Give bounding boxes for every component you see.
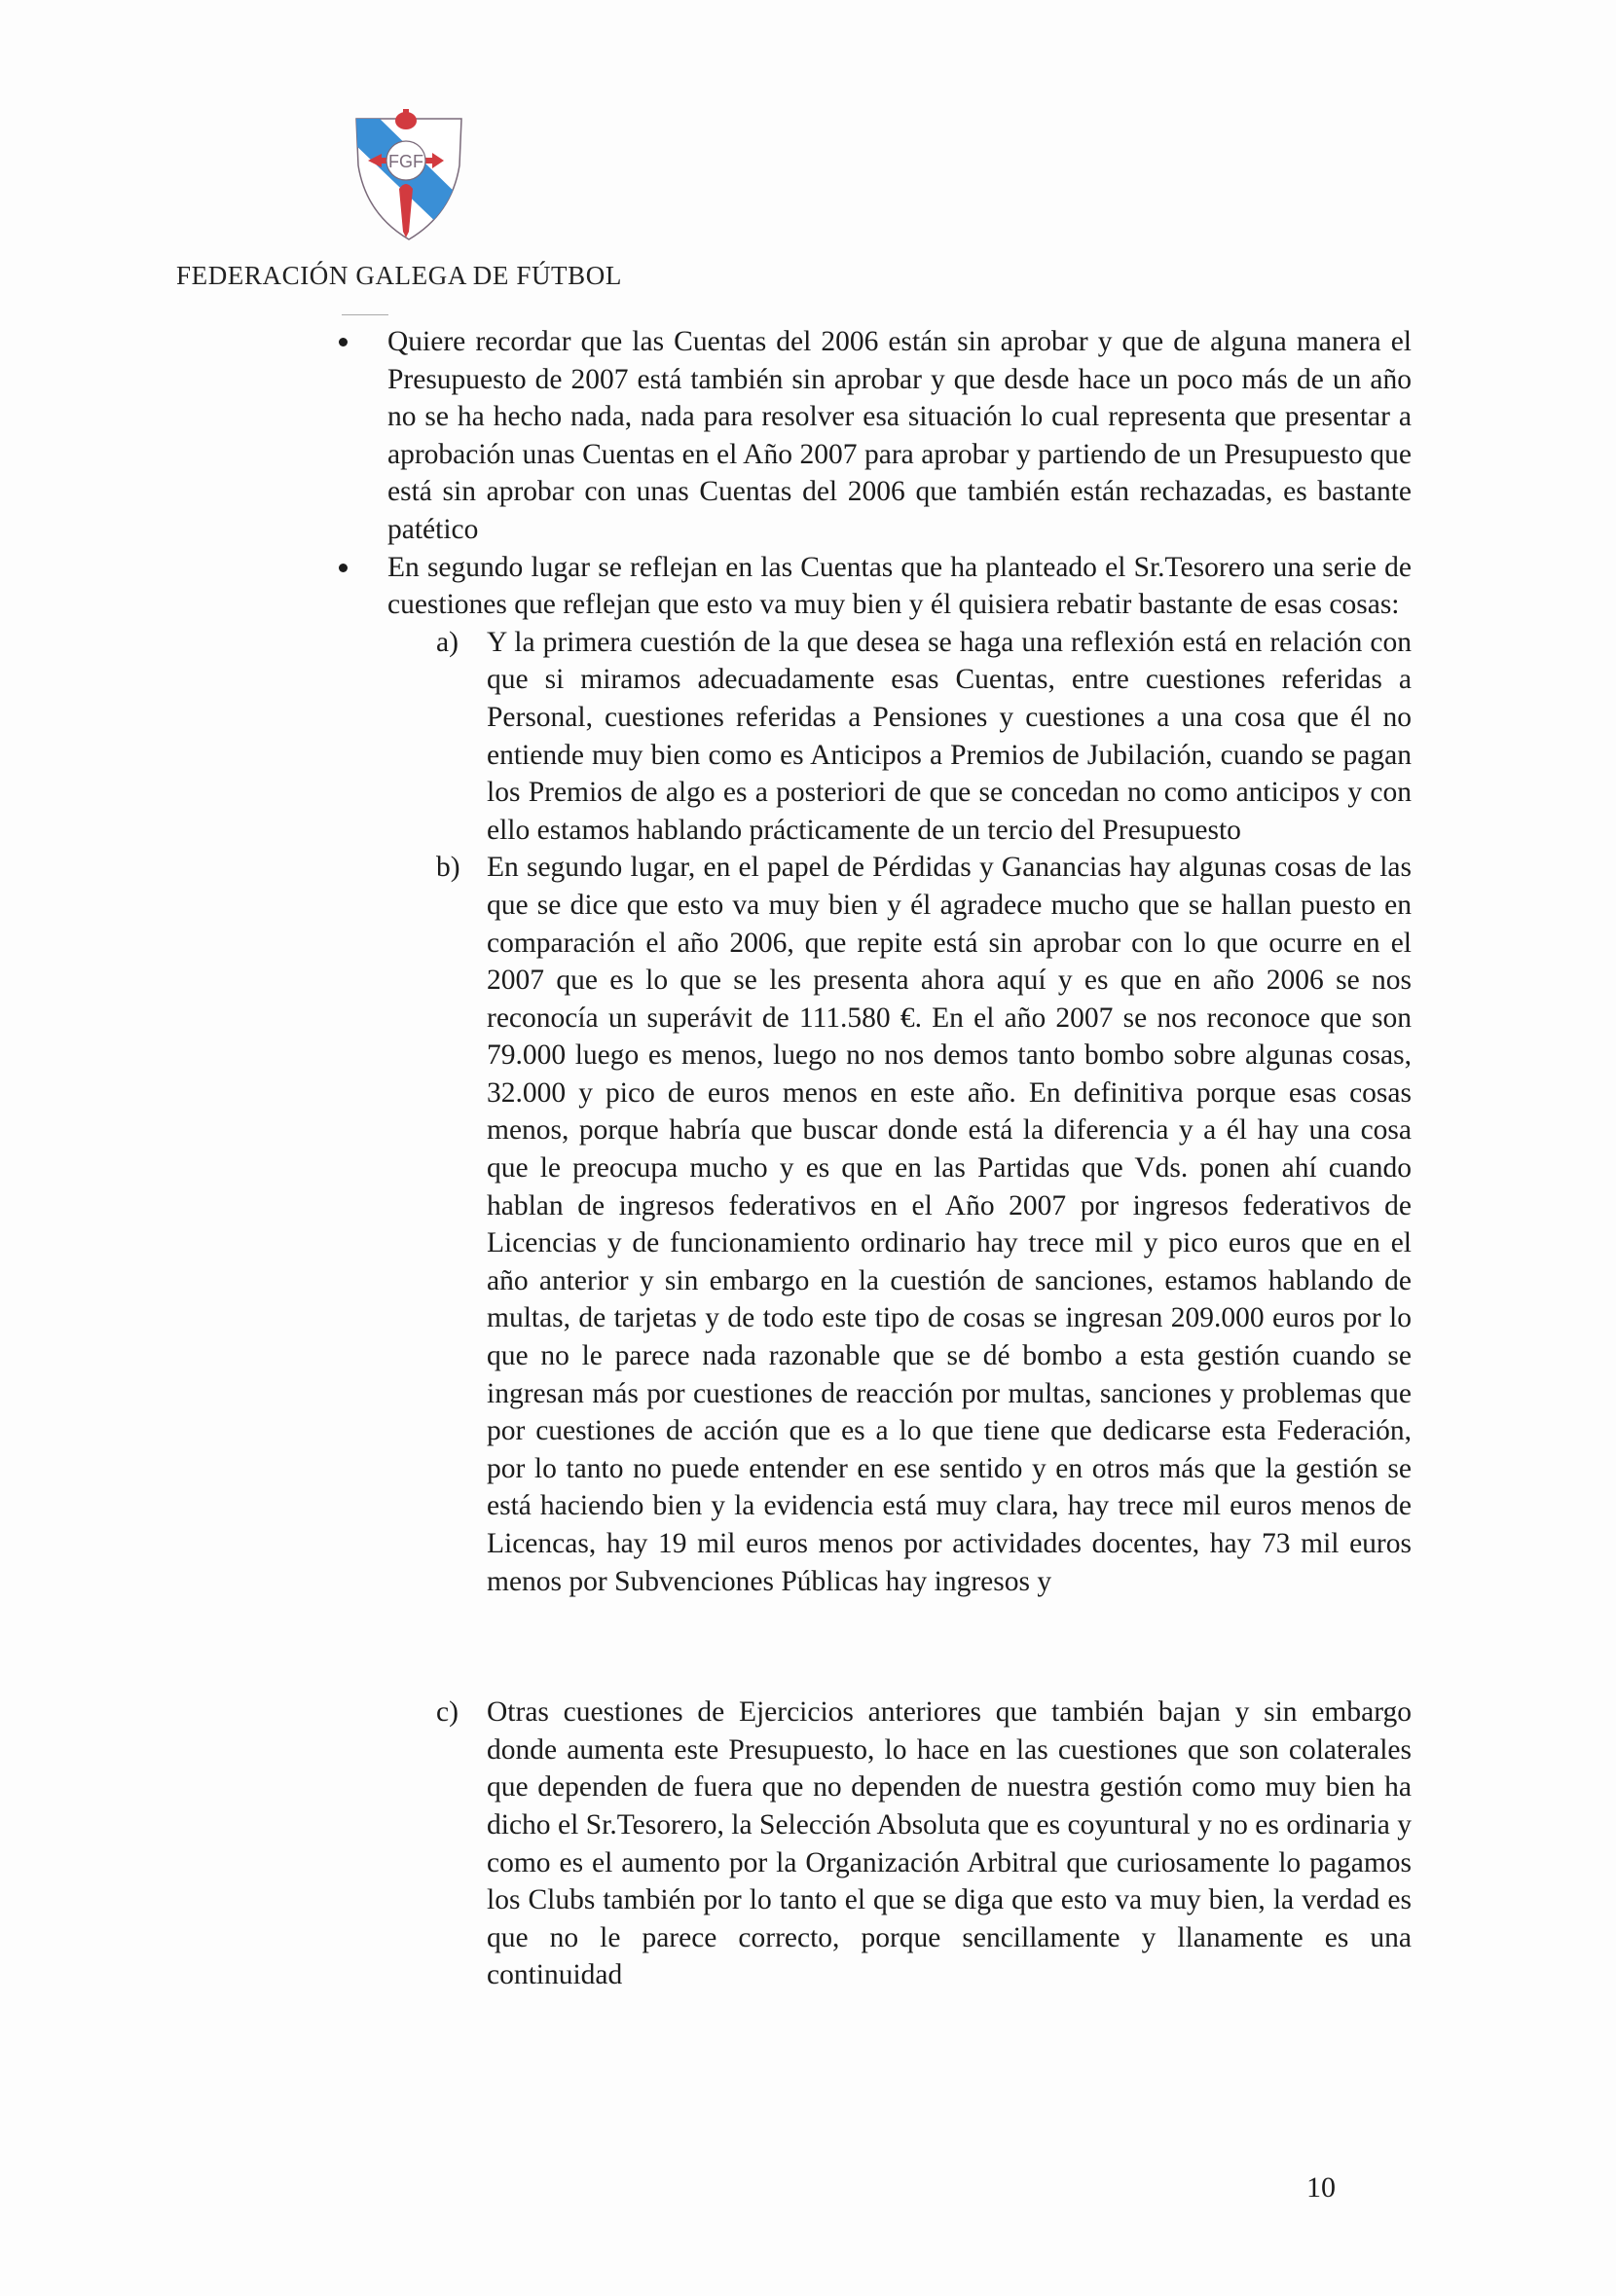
sub-item-a: a) Y la primera cuestión de la que desea… [487,624,1412,850]
header-divider [342,314,388,315]
bullet-icon [339,564,348,572]
svg-text:FGF: FGF [388,152,423,171]
fgf-crest-icon: FGF [350,107,467,243]
bullet-text: En segundo lugar se reflejan en las Cuen… [387,552,1412,621]
sub-item-label: c) [436,1694,459,1731]
sub-item-b: b) En segundo lugar, en el papel de Pérd… [487,849,1412,1600]
sub-item-text: Y la primera cuestión de la que desea se… [487,627,1412,846]
page-number: 10 [1306,2171,1336,2205]
sub-item-label: a) [436,624,459,662]
bullet-item: En segundo lugar se reflejan en las Cuen… [387,549,1412,624]
sub-item-label: b) [436,849,460,887]
bullet-item: Quiere recordar que las Cuentas del 2006… [387,323,1412,549]
organization-name: FEDERACIÓN GALEGA DE FÚTBOL [176,261,622,291]
document-body: Quiere recordar que las Cuentas del 2006… [0,323,1616,1994]
bullet-text: Quiere recordar que las Cuentas del 2006… [387,326,1412,545]
fgf-crest-logo: FGF [350,107,467,243]
sub-item-text: Otras cuestiones de Ejercicios anteriore… [487,1696,1412,1990]
blank-space [0,1600,1616,1694]
sub-item-c: c) Otras cuestiones de Ejercicios anteri… [487,1694,1412,1994]
sub-item-text: En segundo lugar, en el papel de Pérdida… [487,852,1412,1596]
bullet-icon [339,338,348,346]
